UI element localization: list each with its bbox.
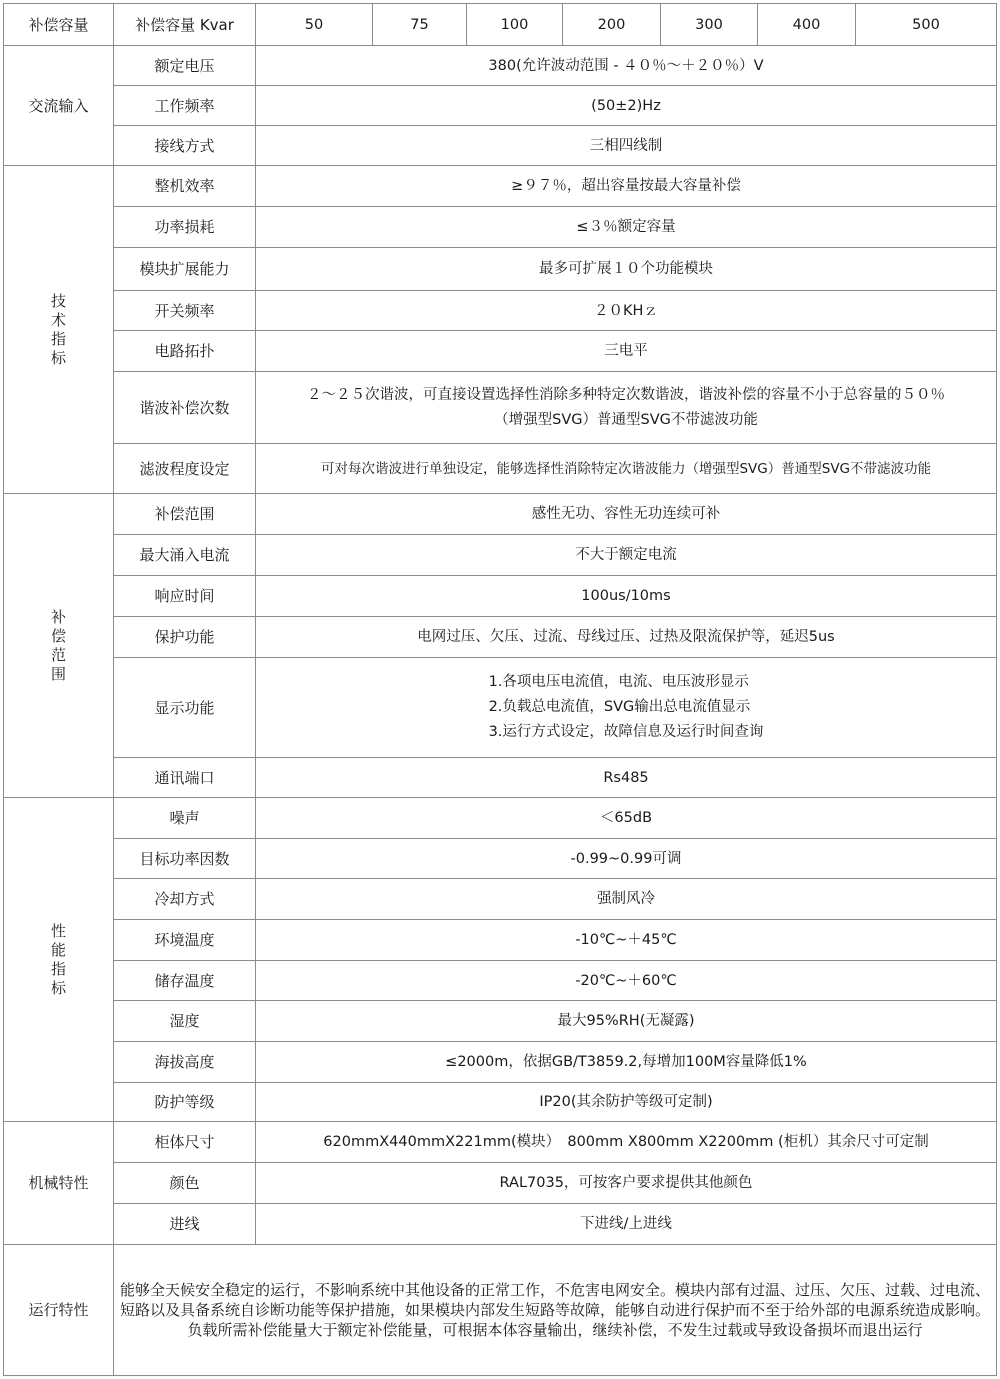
capacity-cell: 500: [856, 4, 997, 46]
section-title-text: 技术指标: [51, 292, 67, 368]
table-row: 接线方式 三相四线制: [4, 126, 997, 166]
table-row: 模块扩展能力 最多可扩展１０个功能模块: [4, 248, 997, 291]
row-value: ≤2000m，依据GB/T3859.2,每增加100M容量降低1%: [256, 1042, 997, 1083]
table-row: 交流输入 额定电压 380(允许波动范围 - ４０％～＋２０％）V: [4, 46, 997, 86]
table-row: 防护等级 IP20(其余防护等级可定制): [4, 1083, 997, 1122]
row-label: 防护等级: [114, 1083, 256, 1122]
row-value: ＜65dB: [256, 798, 997, 839]
table-row: 滤波程度设定 可对每次谐波进行单独设定，能够选择性消除特定次谐波能力（增强型SV…: [4, 444, 997, 494]
table-row: 冷却方式 强制风冷: [4, 879, 997, 920]
value-line: （增强型SVG）普通型SVG不带滤波功能: [260, 408, 992, 433]
section-title-ac-input: 交流输入: [4, 46, 114, 166]
header-group-cell: 补偿容量: [4, 4, 114, 46]
header-row: 补偿容量 补偿容量 Kvar 50 75 100 200 300 400 500: [4, 4, 997, 46]
row-label: 保护功能: [114, 617, 256, 658]
table-row: 谐波补偿次数 ２～２５次谐波，可直接设置选择性消除多种特定次数谐波，谐波补偿的容…: [4, 372, 997, 444]
row-label: 补偿范围: [114, 494, 256, 535]
value-line: 2.负载总电流值，SVG输出总电流值显示: [489, 695, 764, 720]
section-title-mechanical: 机械特性: [4, 1122, 114, 1245]
table-row: 机械特性 柜体尺寸 620mmX440mmX221mm(模块） 800mm X8…: [4, 1122, 997, 1163]
capacity-cell: 75: [373, 4, 467, 46]
row-label: 响应时间: [114, 576, 256, 617]
row-value: 最大95%RH(无凝露): [256, 1001, 997, 1042]
row-label: 柜体尺寸: [114, 1122, 256, 1163]
section-title-text: 性能指标: [51, 922, 67, 998]
row-value: RAL7035，可按客户要求提供其他颜色: [256, 1163, 997, 1204]
value-line: ２～２５次谐波，可直接设置选择性消除多种特定次数谐波，谐波补偿的容量不小于总容量…: [260, 383, 992, 408]
operation-description: 能够全天候安全稳定的运行，不影响系统中其他设备的正常工作，不危害电网安全。模块内…: [114, 1245, 997, 1376]
value-line: 3.运行方式设定，故障信息及运行时间查询: [489, 720, 764, 745]
capacity-cell: 100: [467, 4, 563, 46]
row-label: 噪声: [114, 798, 256, 839]
row-label: 功率损耗: [114, 207, 256, 248]
table-row: 工作频率 (50±2)Hz: [4, 86, 997, 126]
table-row: 显示功能 1.各项电压电流值，电流、电压波形显示 2.负载总电流值，SVG输出总…: [4, 658, 997, 758]
row-value: 100us/10ms: [256, 576, 997, 617]
row-label: 最大涌入电流: [114, 535, 256, 576]
header-label-cell: 补偿容量 Kvar: [114, 4, 256, 46]
table-row: 性能指标 噪声 ＜65dB: [4, 798, 997, 839]
row-label: 冷却方式: [114, 879, 256, 920]
row-label: 额定电压: [114, 46, 256, 86]
row-label: 模块扩展能力: [114, 248, 256, 291]
row-label: 工作频率: [114, 86, 256, 126]
row-label: 滤波程度设定: [114, 444, 256, 494]
row-value: ２０KHｚ: [256, 291, 997, 331]
table-row: 海拔高度 ≤2000m，依据GB/T3859.2,每增加100M容量降低1%: [4, 1042, 997, 1083]
table-row: 环境温度 -10℃~＋45℃: [4, 920, 997, 961]
row-value: 最多可扩展１０个功能模块: [256, 248, 997, 291]
table-row: 补偿范围 补偿范围 感性无功、容性无功连续可补: [4, 494, 997, 535]
table-row: 目标功率因数 -0.99~0.99可调: [4, 839, 997, 879]
row-value: ２～２５次谐波，可直接设置选择性消除多种特定次数谐波，谐波补偿的容量不小于总容量…: [256, 372, 997, 444]
row-value: 强制风冷: [256, 879, 997, 920]
row-label: 开关频率: [114, 291, 256, 331]
section-title-text: 补偿范围: [51, 608, 67, 684]
row-label: 显示功能: [114, 658, 256, 758]
row-value: IP20(其余防护等级可定制): [256, 1083, 997, 1122]
row-value: (50±2)Hz: [256, 86, 997, 126]
row-value: 下进线/上进线: [256, 1204, 997, 1245]
row-value: -20℃~＋60℃: [256, 961, 997, 1001]
row-label: 整机效率: [114, 166, 256, 207]
table-row: 电路拓扑 三电平: [4, 331, 997, 372]
row-value: 1.各项电压电流值，电流、电压波形显示 2.负载总电流值，SVG输出总电流值显示…: [256, 658, 997, 758]
row-label: 海拔高度: [114, 1042, 256, 1083]
row-value: 感性无功、容性无功连续可补: [256, 494, 997, 535]
row-value: 380(允许波动范围 - ４０％～＋２０％）V: [256, 46, 997, 86]
row-value: -10℃~＋45℃: [256, 920, 997, 961]
row-label: 目标功率因数: [114, 839, 256, 879]
table-row: 开关频率 ２０KHｚ: [4, 291, 997, 331]
table-row: 进线 下进线/上进线: [4, 1204, 997, 1245]
row-label: 电路拓扑: [114, 331, 256, 372]
row-value: -0.99~0.99可调: [256, 839, 997, 879]
row-value: ≤３％额定容量: [256, 207, 997, 248]
section-title-operation: 运行特性: [4, 1245, 114, 1376]
table-row: 储存温度 -20℃~＋60℃: [4, 961, 997, 1001]
section-title-tech: 技术指标: [4, 166, 114, 494]
table-row: 通讯端口 Rs485: [4, 758, 997, 798]
table-row: 功率损耗 ≤３％额定容量: [4, 207, 997, 248]
row-label: 进线: [114, 1204, 256, 1245]
row-label: 谐波补偿次数: [114, 372, 256, 444]
row-label: 颜色: [114, 1163, 256, 1204]
table-row: 湿度 最大95%RH(无凝露): [4, 1001, 997, 1042]
row-label: 储存温度: [114, 961, 256, 1001]
value-line: 1.各项电压电流值，电流、电压波形显示: [489, 670, 764, 695]
row-label: 湿度: [114, 1001, 256, 1042]
row-value: 三相四线制: [256, 126, 997, 166]
table-row: 响应时间 100us/10ms: [4, 576, 997, 617]
row-label: 接线方式: [114, 126, 256, 166]
capacity-cell: 200: [563, 4, 661, 46]
row-value: Rs485: [256, 758, 997, 798]
table-row: 技术指标 整机效率 ≥９７％，超出容量按最大容量补偿: [4, 166, 997, 207]
table-row: 保护功能 电网过压、欠压、过流、母线过压、过热及限流保护等，延迟5us: [4, 617, 997, 658]
row-value: 可对每次谐波进行单独设定，能够选择性消除特定次谐波能力（增强型SVG）普通型SV…: [256, 444, 997, 494]
row-value: 不大于额定电流: [256, 535, 997, 576]
capacity-cell: 400: [758, 4, 856, 46]
row-label: 通讯端口: [114, 758, 256, 798]
capacity-cell: 50: [256, 4, 373, 46]
section-title-performance: 性能指标: [4, 798, 114, 1122]
table-row: 颜色 RAL7035，可按客户要求提供其他颜色: [4, 1163, 997, 1204]
row-value: 620mmX440mmX221mm(模块） 800mm X800mm X2200…: [256, 1122, 997, 1163]
capacity-cell: 300: [661, 4, 758, 46]
table-row: 最大涌入电流 不大于额定电流: [4, 535, 997, 576]
row-label: 环境温度: [114, 920, 256, 961]
row-value: 电网过压、欠压、过流、母线过压、过热及限流保护等，延迟5us: [256, 617, 997, 658]
row-value: ≥９７％，超出容量按最大容量补偿: [256, 166, 997, 207]
row-value: 三电平: [256, 331, 997, 372]
table-row: 运行特性 能够全天候安全稳定的运行，不影响系统中其他设备的正常工作，不危害电网安…: [4, 1245, 997, 1376]
spec-table: 补偿容量 补偿容量 Kvar 50 75 100 200 300 400 500…: [3, 3, 997, 1376]
section-title-compensation: 补偿范围: [4, 494, 114, 798]
